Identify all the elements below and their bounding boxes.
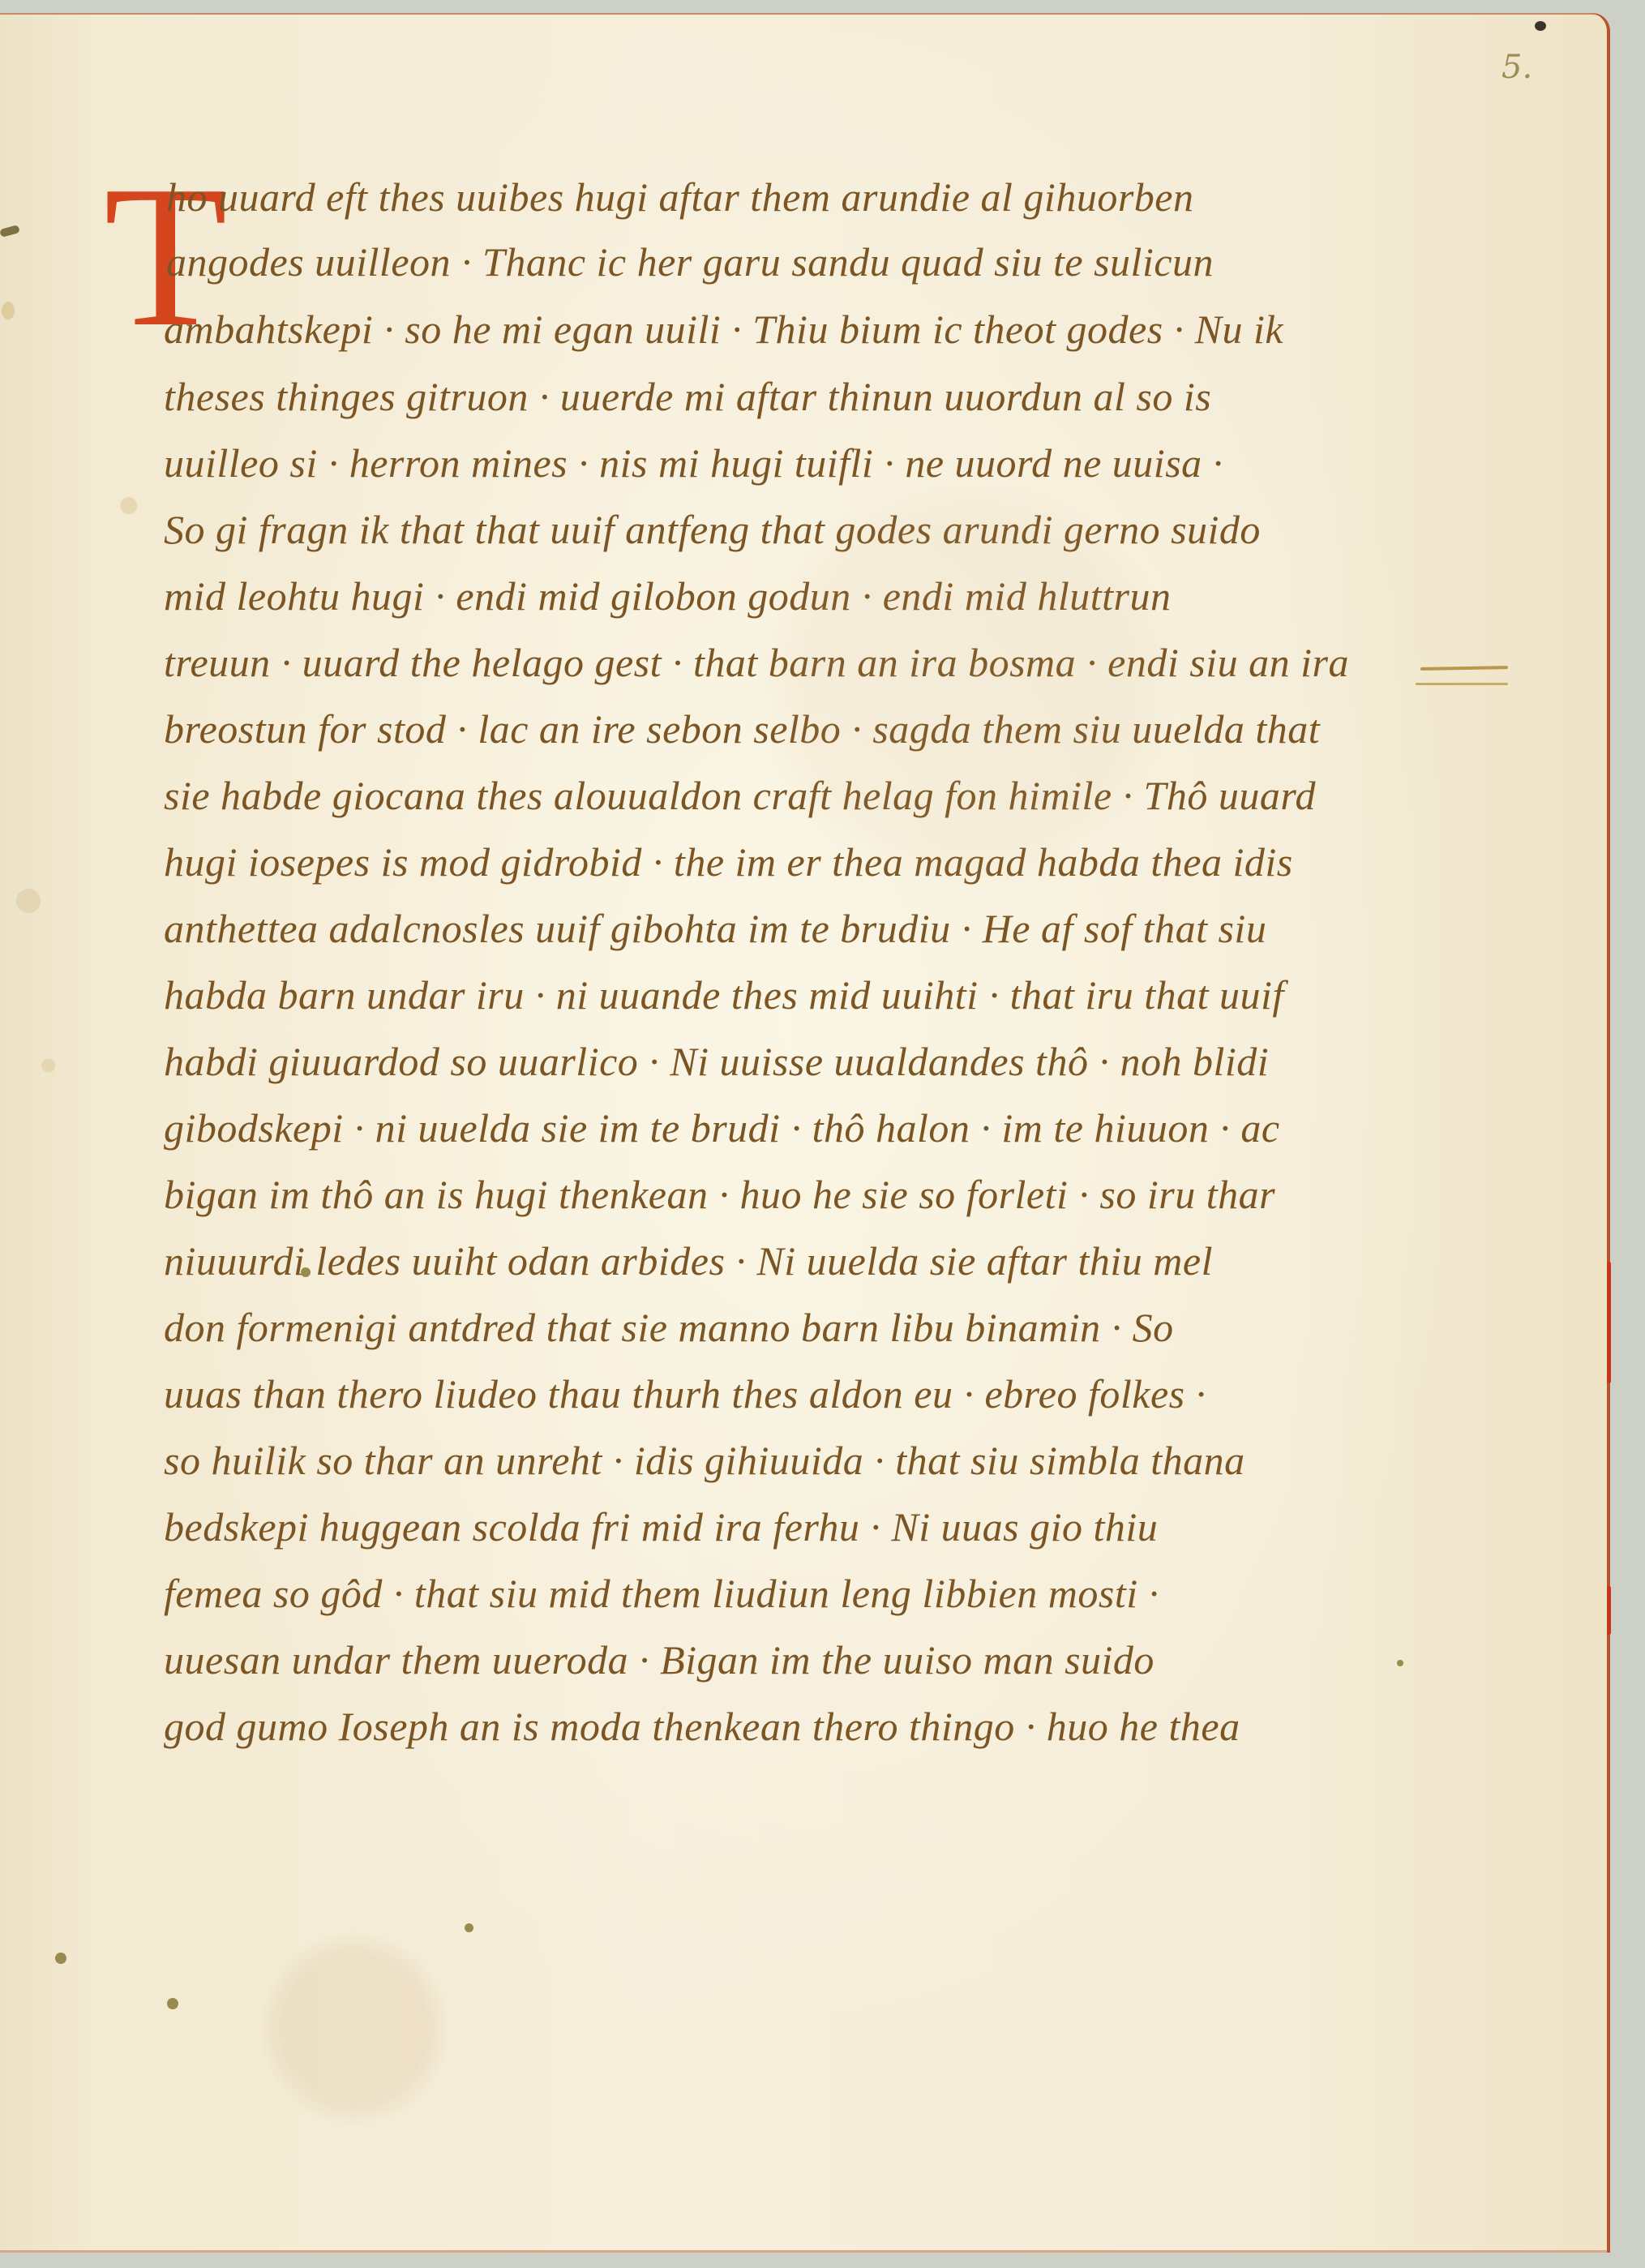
stain <box>2 302 15 319</box>
prick-mark <box>1397 1660 1403 1666</box>
folio-number: 5. <box>1501 49 1532 86</box>
corner-mark <box>1535 21 1546 31</box>
text-line: bedskepi huggean scolda fri mid ira ferh… <box>164 1503 1158 1550</box>
text-line: treuun · uuard the helago gest · that ba… <box>164 639 1349 686</box>
text-line: gibodskepi · ni uuelda sie im te brudi ·… <box>164 1104 1280 1151</box>
text-line: hugi iosepes is mod gidrobid · the im er… <box>164 838 1293 885</box>
margin-mark <box>1420 666 1508 671</box>
text-line: uuas than thero liudeo thau thurh thes a… <box>164 1370 1206 1417</box>
text-line: anthettea adalcnosles uuif gibohta im te… <box>164 905 1266 952</box>
margin-mark <box>1416 683 1508 685</box>
prick-mark <box>55 1953 66 1964</box>
text-line: uuilleo si · herron mines · nis mi hugi … <box>164 439 1223 487</box>
text-line: uuesan undar them uueroda · Bigan im the… <box>164 1636 1154 1683</box>
text-line: breostun for stod · lac an ire sebon sel… <box>164 705 1320 752</box>
manuscript-page: 5. T ho uuard eft thes uuibes hugi aftar… <box>0 13 1610 2253</box>
text-line: habdi giuuardod so uuarlico · Ni uuisse … <box>164 1038 1269 1085</box>
text-line: so huilik so thar an unreht · idis gihiu… <box>164 1437 1245 1484</box>
text-line: bigan im thô an is hugi thenkean · huo h… <box>164 1171 1275 1218</box>
text-line: habda barn undar iru · ni uuande thes mi… <box>164 971 1284 1018</box>
red-edge-trace <box>1607 1262 1611 1383</box>
prick-mark <box>167 1998 178 2009</box>
text-line: angodes uuilleon · Thanc ic her garu san… <box>166 238 1214 285</box>
red-edge-trace <box>1607 1586 1611 1635</box>
text-line: niuuurdi ledes uuiht odan arbides · Ni u… <box>164 1237 1213 1284</box>
ink-smudge <box>0 225 20 238</box>
stain <box>16 889 41 913</box>
prick-mark <box>301 1267 311 1277</box>
text-line: ambahtskepi · so he mi egan uuili · Thiu… <box>164 306 1283 353</box>
prick-mark <box>465 1923 473 1932</box>
text-line: don formenigi antdred that sie manno bar… <box>164 1304 1174 1351</box>
text-line: theses thinges gitruon · uuerde mi aftar… <box>164 373 1211 420</box>
text-line: femea so gôd · that siu mid them liudiun… <box>164 1570 1159 1617</box>
text-line: sie habde giocana thes alouualdon craft … <box>164 772 1316 819</box>
text-line: So gi fragn ik that that uuif antfeng th… <box>164 506 1261 553</box>
text-line: ho uuard eft thes uuibes hugi aftar them… <box>166 174 1193 221</box>
text-line: god gumo Ioseph an is moda thenkean ther… <box>164 1703 1240 1750</box>
text-line: mid leohtu hugi · endi mid gilobon godun… <box>164 572 1171 620</box>
